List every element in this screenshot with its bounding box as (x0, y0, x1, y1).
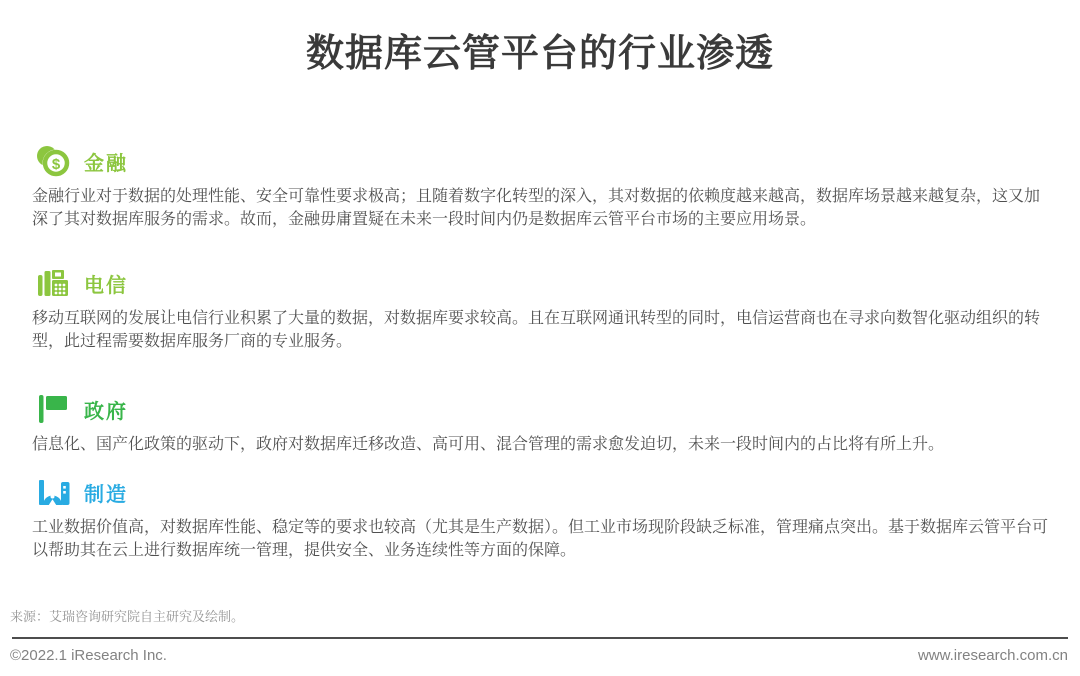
section-government-label: 政府 (84, 395, 128, 424)
section-manufacturing-body: 工业数据价值高，对数据库性能、稳定等的要求也较高（尤其是生产数据）。但工业市场现… (32, 516, 1050, 562)
government-flag-icon (36, 392, 70, 426)
footer-copyright: ©2022.1 iResearch Inc. (10, 647, 167, 664)
section-finance-header: $ 金融 (36, 144, 1050, 178)
telecom-fax-icon (36, 266, 70, 300)
section-government-header: 政府 (36, 392, 1050, 426)
source-note: 来源：艾瑞咨询研究院自主研究及绘制。 (10, 606, 244, 625)
page-title: 数据库云管平台的行业渗透 (0, 22, 1080, 77)
section-manufacturing: 制造 工业数据价值高，对数据库性能、稳定等的要求也较高（尤其是生产数据）。但工业… (32, 475, 1050, 562)
footer-website: www.iresearch.com.cn (918, 647, 1068, 664)
section-finance-body: 金融行业对于数据的处理性能、安全可靠性要求极高；且随着数字化转型的深入，其对数据… (32, 185, 1050, 231)
section-finance-label: 金融 (84, 147, 128, 176)
report-slide: 数据库云管平台的行业渗透 $ 金融 金融行业对于数据的处理性能、安全可靠性要求极… (0, 0, 1080, 676)
section-manufacturing-label: 制造 (84, 478, 128, 507)
section-telecom-header: 电信 (36, 266, 1050, 300)
section-manufacturing-header: 制造 (36, 475, 1050, 509)
section-government: 政府 信息化、国产化政策的驱动下，政府对数据库迁移改造、高可用、混合管理的需求愈… (32, 392, 1050, 456)
section-finance: $ 金融 金融行业对于数据的处理性能、安全可靠性要求极高；且随着数字化转型的深入… (32, 144, 1050, 231)
finance-coin-icon: $ (36, 144, 70, 178)
section-telecom-body: 移动互联网的发展让电信行业积累了大量的数据，对数据库要求较高。且在互联网通讯转型… (32, 307, 1050, 353)
section-government-body: 信息化、国产化政策的驱动下，政府对数据库迁移改造、高可用、混合管理的需求愈发迫切… (32, 433, 1050, 456)
section-telecom-label: 电信 (84, 269, 128, 298)
section-telecom: 电信 移动互联网的发展让电信行业积累了大量的数据，对数据库要求较高。且在互联网通… (32, 266, 1050, 353)
footer-divider (12, 637, 1068, 639)
manufacturing-factory-icon (36, 475, 70, 509)
svg-text:$: $ (52, 156, 61, 173)
